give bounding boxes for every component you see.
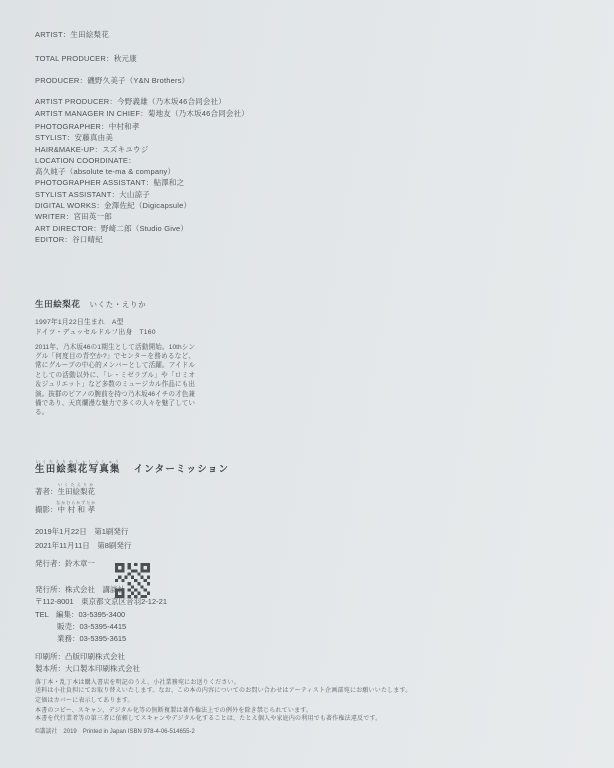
profile-birth: 1997年1月22日生まれ A型: [35, 318, 207, 328]
photographer-label: 撮影：: [35, 505, 58, 514]
book-title-furigana: いくたえりかしゃしんしゅう: [35, 459, 121, 464]
book-title: 生田絵梨花写真集いくたえりかしゃしんしゅうインターミッション: [35, 464, 229, 475]
staff-line-photographer-assistant: PHOTOGRAPHER ASSISTANT：鮎澤和之: [35, 177, 191, 188]
profile-kana: いくた・えりか: [90, 300, 147, 309]
photographer-line: 撮影：中村和孝なかむらかずたか: [35, 500, 96, 515]
price-notice: 定価はカバーに表示してあります。: [35, 697, 134, 705]
staff-line-art-director: ART DIRECTOR：野崎二郎（Studio Give）: [35, 223, 191, 234]
edition-line-first: 2019年1月22日 第1刷発行: [35, 525, 131, 539]
profile-bio: 2011年、乃木坂46の1期生として活動開始。10thシングル「何度目の青空か?…: [35, 343, 195, 418]
issuer-line: 発行者：鈴木章一: [35, 558, 95, 569]
book-title-ruby-group: 生田絵梨花写真集いくたえりかしゃしんしゅう: [35, 464, 121, 475]
profile-name: 生田絵梨花: [35, 299, 81, 309]
publisher-address: 〒112-8001 東京都文京区音羽2-12-21: [35, 596, 167, 608]
profile-origin: ドイツ・デュッセルドルフ出身 T160: [35, 328, 207, 338]
staff-line-digital-works: DIGITAL WORKS：金澤佐紀（Digicapsule）: [35, 200, 191, 211]
staff-line-stylist: STYLIST：安藤真由美: [35, 132, 191, 143]
artist-profile: 生田絵梨花いくた・えりか 1997年1月22日生まれ A型 ドイツ・デュッセルド…: [35, 298, 207, 418]
photographer-name: 中村和孝: [56, 505, 96, 514]
returns-notice: 落丁本・乱丁本は購入書店を明記のうえ、小社業務宛にお送りください。 送料は小社負…: [35, 679, 411, 696]
edition-block: 2019年1月22日 第1刷発行 2021年11月11日 第8刷発行: [35, 525, 131, 552]
notice-line: 本書のコピー、スキャン、デジタル化等の無断複製は著作権法上での例外を除き禁じられ…: [35, 707, 381, 715]
staff-line-photographer: PHOTOGRAPHER：中村和孝: [35, 121, 191, 132]
staff-line-writer: WRITER：宮田英一郎: [35, 211, 191, 222]
book-title-block: 生田絵梨花写真集いくたえりかしゃしんしゅうインターミッション: [35, 459, 229, 477]
staff-line-location-coordinate: LOCATION COORDINATE：: [35, 155, 191, 166]
edition-line-eighth: 2021年11月11日 第8刷発行: [35, 539, 131, 553]
book-title-base: 生田絵梨花写真集: [35, 464, 121, 475]
colophon-page: { "colors": { "background": "#e1e5e7", "…: [0, 0, 614, 768]
staff-line-stylist-assistant: STYLIST ASSISTANT：大山諒子: [35, 189, 191, 200]
author-furigana: いくたえりか: [58, 482, 96, 487]
tel-editorial: TEL 編集：03-5395-3400: [35, 609, 167, 621]
author-line: 著者：生田絵梨花いくたえりか: [35, 482, 96, 497]
tel-operations: 業務：03-5395-3615: [35, 633, 167, 645]
publisher-company: 発行所：株式会社 講談社: [35, 584, 167, 596]
credit-line-artist-producer: ARTIST PRODUCER：今野義雄（乃木坂46合同会社）: [35, 96, 226, 107]
credit-line-total-producer: TOTAL PRODUCER：秋元康: [35, 53, 137, 64]
author-name: 生田絵梨花: [58, 487, 96, 496]
notice-line: 本書を代行業者等の第三者に依頼してスキャンやデジタル化することは、たとえ個人や家…: [35, 715, 381, 723]
staff-line-editor: EDITOR：谷口晴紀: [35, 234, 191, 245]
notice-line: 送料は小社負担にてお取り替えいたします。なお、この本の内容についてのお問い合わせ…: [35, 687, 411, 695]
credit-line-artist: ARTIST：生田絵梨花: [35, 29, 109, 40]
profile-name-line: 生田絵梨花いくた・えりか: [35, 298, 207, 310]
copyright-isbn-line: ©講談社 2019 Printed in Japan ISBN 978-4-06…: [35, 726, 195, 735]
publisher-block: 発行所：株式会社 講談社 〒112-8001 東京都文京区音羽2-12-21 T…: [35, 584, 167, 645]
tel-sales: 販売：03-5395-4415: [35, 621, 167, 633]
staff-line-hair-make: HAIR&MAKE-UP：スズキユウジ: [35, 144, 191, 155]
staff-credits: PHOTOGRAPHER：中村和孝 STYLIST：安藤真由美 HAIR&MAK…: [35, 121, 191, 245]
printer-line: 印刷所：凸版印刷株式会社: [35, 651, 140, 663]
production-block: 印刷所：凸版印刷株式会社 製本所：大口製本印刷株式会社: [35, 651, 140, 674]
credit-line-artist-manager: ARTIST MANAGER IN CHIEF：菊地友（乃木坂46合同会社）: [35, 108, 249, 119]
photographer-ruby-group: 中村和孝なかむらかずたか: [58, 505, 97, 514]
copyright-law-notice: 本書のコピー、スキャン、デジタル化等の無断複製は著作権法上での例外を除き禁じられ…: [35, 707, 381, 724]
credit-line-producer: PRODUCER：磯野久美子（Y&N Brothers）: [35, 75, 189, 86]
book-subtitle: インターミッション: [134, 464, 230, 475]
author-block: 著者：生田絵梨花いくたえりか 撮影：中村和孝なかむらかずたか: [35, 482, 96, 518]
author-ruby-group: 生田絵梨花いくたえりか: [58, 487, 96, 496]
notice-line: 落丁本・乱丁本は購入書店を明記のうえ、小社業務宛にお送りください。: [35, 679, 411, 687]
staff-line-location-name: 高久純子（absolute te-ma & company）: [35, 166, 191, 177]
author-label: 著者：: [35, 487, 58, 496]
binder-line: 製本所：大口製本印刷株式会社: [35, 663, 140, 675]
photographer-furigana: なかむらかずたか: [56, 500, 96, 505]
